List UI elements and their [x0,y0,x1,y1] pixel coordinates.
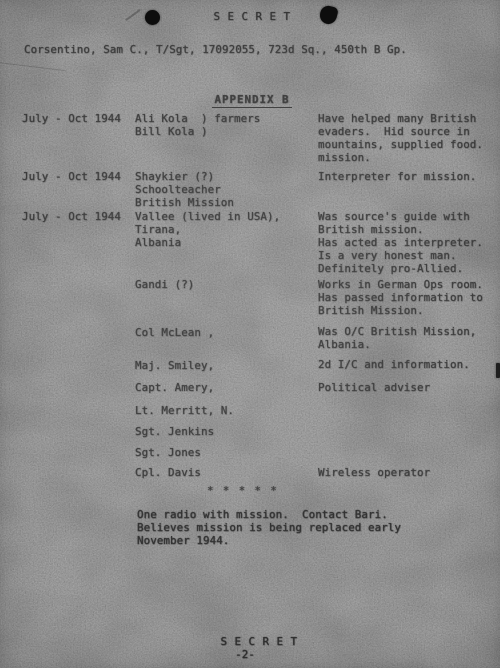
entry-name-line: Col McLean , [135,326,214,339]
entry-name-line: British Mission [135,196,234,209]
entry-note-line: Was O/C British Mission, [318,325,476,338]
entry-name-line: Maj. Smiley, [135,359,214,372]
entry-notes: Was source's guide with British mission.… [318,210,483,275]
entry-note-line: Definitely pro-Allied. [318,262,483,275]
entry-date: July - Oct 1944 [22,170,121,183]
entry-name-line: Shaykier (?) [135,170,234,183]
entry-name-line: Sgt. Jenkins [135,425,214,438]
entry-name-line: Schoolteacher [135,183,234,196]
entry-name-line: Ali Kola ) farmers [135,112,260,125]
classification-bottom: S E C R E T [9,635,500,648]
entry-notes: Have helped many British evaders. Hid so… [318,112,483,164]
edge-ink-mark [496,363,500,378]
entry-date: July - Oct 1944 [22,210,121,223]
closing-line: Believes mission is being replaced early [137,521,401,534]
entry-note-line: British Mission. [318,304,483,317]
entry-names: Ali Kola ) farmers Bill Kola ) [135,112,260,138]
entry-name-line: Lt. Merritt, N. [135,404,234,417]
scratch-mark [0,62,66,72]
subject-identity-line: Corsentino, Sam C., T/Sgt, 17092055, 723… [24,43,407,56]
entry-notes: 2d I/C and information. [318,358,470,371]
entry-names: Gandi (?) [135,278,194,291]
entry-note-line: Interpreter for mission. [318,170,476,183]
entry-name-line: Cpl. Davis [135,466,201,479]
closing-paragraph: One radio with mission. Contact Bari. Be… [137,508,401,547]
entry-note-line: British mission. [318,223,483,236]
entry-note-line: 2d I/C and information. [318,358,470,371]
entry-notes: Was O/C British Mission, Albania. [318,325,476,351]
entry-note-line: mountains, supplied food. [318,138,483,151]
entry-note-line: Political adviser [318,381,430,394]
entry-names: Col McLean , [135,326,214,339]
page-number: -2- [0,648,495,661]
entry-note-line: evaders. Hid source in [318,125,483,138]
entry-note-line: Wireless operator [318,466,430,479]
entry-note-line: Works in German Ops room. [318,278,483,291]
entry-names: Shaykier (?) Schoolteacher British Missi… [135,170,234,209]
closing-line: November 1944. [137,534,401,547]
entry-note-line: Albania. [318,338,476,351]
entry-date: July - Oct 1944 [22,112,121,125]
entry-names: Maj. Smiley, [135,359,214,372]
entry-name-line: Bill Kola ) [135,125,260,138]
entry-notes: Political adviser [318,381,430,394]
appendix-heading: APPENDIX B [2,93,500,108]
entry-note-line: mission. [318,151,483,164]
entry-names: Vallee (lived in USA), Tirana, Albania [135,210,280,249]
entry-notes: Works in German Ops room. Has passed inf… [318,278,483,317]
entry-name-line: Gandi (?) [135,278,194,291]
entry-note-line: Have helped many British [318,112,483,125]
document-scan: S E C R E T Corsentino, Sam C., T/Sgt, 1… [0,0,500,668]
entry-note-line: Was source's guide with [318,210,483,223]
entry-note-line: Is a very honest man. [318,249,483,262]
entry-name-line: Vallee (lived in USA), [135,210,280,223]
classification-top: S E C R E T [2,10,500,23]
entry-name-line: Albania [135,236,280,249]
entry-names: Capt. Amery, [135,381,214,394]
entry-notes: Interpreter for mission. [318,170,476,183]
entry-name-line: Tirana, [135,223,280,236]
appendix-title: APPENDIX B [212,93,291,108]
entry-name-line: Capt. Amery, [135,381,214,394]
asterisk-separator: * * * * * [207,484,278,497]
entry-note-line: Has passed information to [318,291,483,304]
entry-name-line: Sgt. Jones [135,446,201,459]
closing-line: One radio with mission. Contact Bari. [137,508,401,521]
entry-note-line: Has acted as interpreter. [318,236,483,249]
punch-hole-left [145,10,160,25]
